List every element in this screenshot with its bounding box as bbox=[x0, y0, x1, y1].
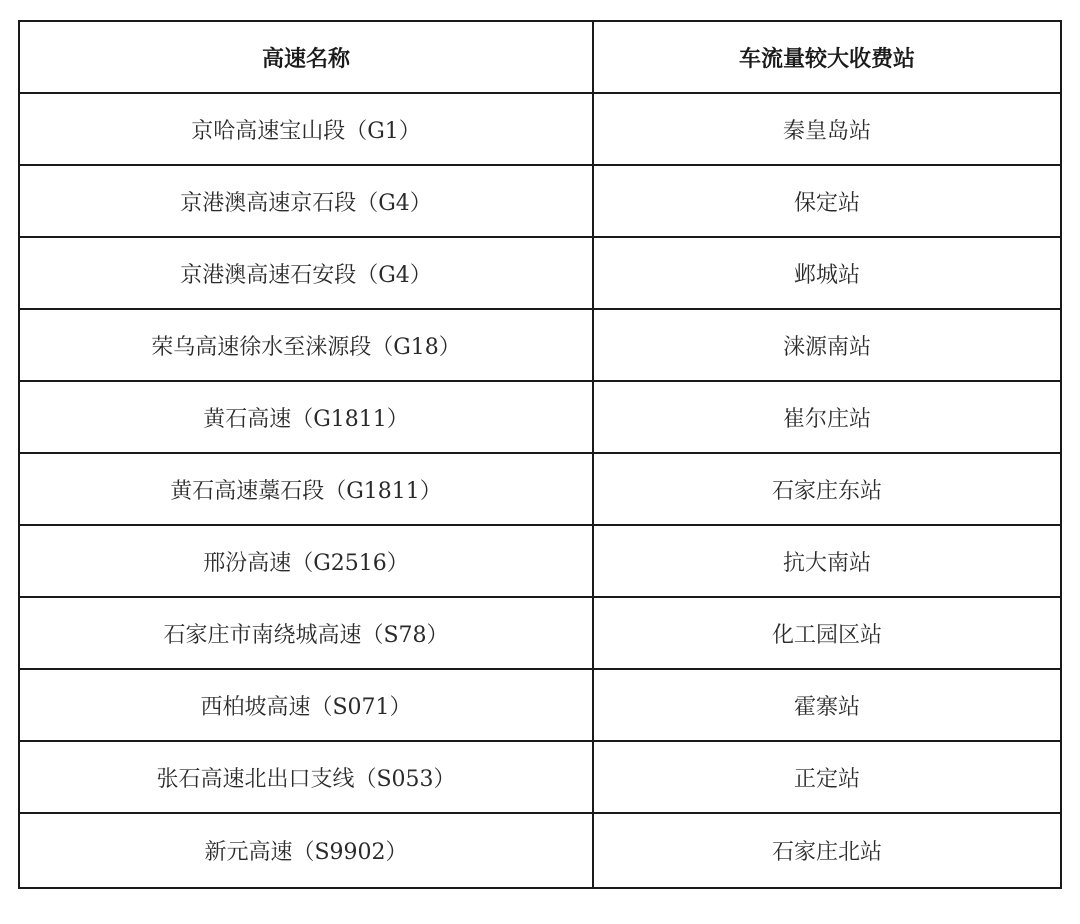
table-row: 西柏坡高速（S071） 霍寨站 bbox=[19, 669, 1061, 741]
toll-station-cell: 邺城站 bbox=[593, 237, 1061, 309]
highway-name-cell: 黄石高速藁石段（G1811） bbox=[19, 453, 593, 525]
header-highway-name: 高速名称 bbox=[19, 21, 593, 93]
table-row: 石家庄市南绕城高速（S78） 化工园区站 bbox=[19, 597, 1061, 669]
table-row: 邢汾高速（G2516） 抗大南站 bbox=[19, 525, 1061, 597]
highway-name-cell: 新元高速（S9902） bbox=[19, 813, 593, 888]
highway-name-cell: 张石高速北出口支线（S053） bbox=[19, 741, 593, 813]
highway-name-cell: 京哈高速宝山段（G1） bbox=[19, 93, 593, 165]
toll-station-cell: 石家庄北站 bbox=[593, 813, 1061, 888]
table-row: 京港澳高速京石段（G4） 保定站 bbox=[19, 165, 1061, 237]
highway-name-cell: 西柏坡高速（S071） bbox=[19, 669, 593, 741]
table-header-row: 高速名称 车流量较大收费站 bbox=[19, 21, 1061, 93]
highway-name-cell: 荣乌高速徐水至涞源段（G18） bbox=[19, 309, 593, 381]
toll-station-cell: 石家庄东站 bbox=[593, 453, 1061, 525]
highway-name-cell: 邢汾高速（G2516） bbox=[19, 525, 593, 597]
toll-station-cell: 保定站 bbox=[593, 165, 1061, 237]
highway-name-cell: 京港澳高速京石段（G4） bbox=[19, 165, 593, 237]
table-row: 京港澳高速石安段（G4） 邺城站 bbox=[19, 237, 1061, 309]
highway-name-cell: 黄石高速（G1811） bbox=[19, 381, 593, 453]
table-row: 张石高速北出口支线（S053） 正定站 bbox=[19, 741, 1061, 813]
toll-station-cell: 秦皇岛站 bbox=[593, 93, 1061, 165]
table-row: 荣乌高速徐水至涞源段（G18） 涞源南站 bbox=[19, 309, 1061, 381]
highway-toll-station-table-container: 高速名称 车流量较大收费站 京哈高速宝山段（G1） 秦皇岛站 京港澳高速京石段（… bbox=[18, 20, 1060, 889]
table-row: 黄石高速藁石段（G1811） 石家庄东站 bbox=[19, 453, 1061, 525]
highway-name-cell: 石家庄市南绕城高速（S78） bbox=[19, 597, 593, 669]
highway-toll-station-table: 高速名称 车流量较大收费站 京哈高速宝山段（G1） 秦皇岛站 京港澳高速京石段（… bbox=[18, 20, 1062, 889]
toll-station-cell: 化工园区站 bbox=[593, 597, 1061, 669]
toll-station-cell: 崔尔庄站 bbox=[593, 381, 1061, 453]
toll-station-cell: 抗大南站 bbox=[593, 525, 1061, 597]
table-row: 新元高速（S9902） 石家庄北站 bbox=[19, 813, 1061, 888]
highway-name-cell: 京港澳高速石安段（G4） bbox=[19, 237, 593, 309]
table-row: 黄石高速（G1811） 崔尔庄站 bbox=[19, 381, 1061, 453]
toll-station-cell: 霍寨站 bbox=[593, 669, 1061, 741]
table-row: 京哈高速宝山段（G1） 秦皇岛站 bbox=[19, 93, 1061, 165]
toll-station-cell: 正定站 bbox=[593, 741, 1061, 813]
toll-station-cell: 涞源南站 bbox=[593, 309, 1061, 381]
header-busy-toll-station: 车流量较大收费站 bbox=[593, 21, 1061, 93]
